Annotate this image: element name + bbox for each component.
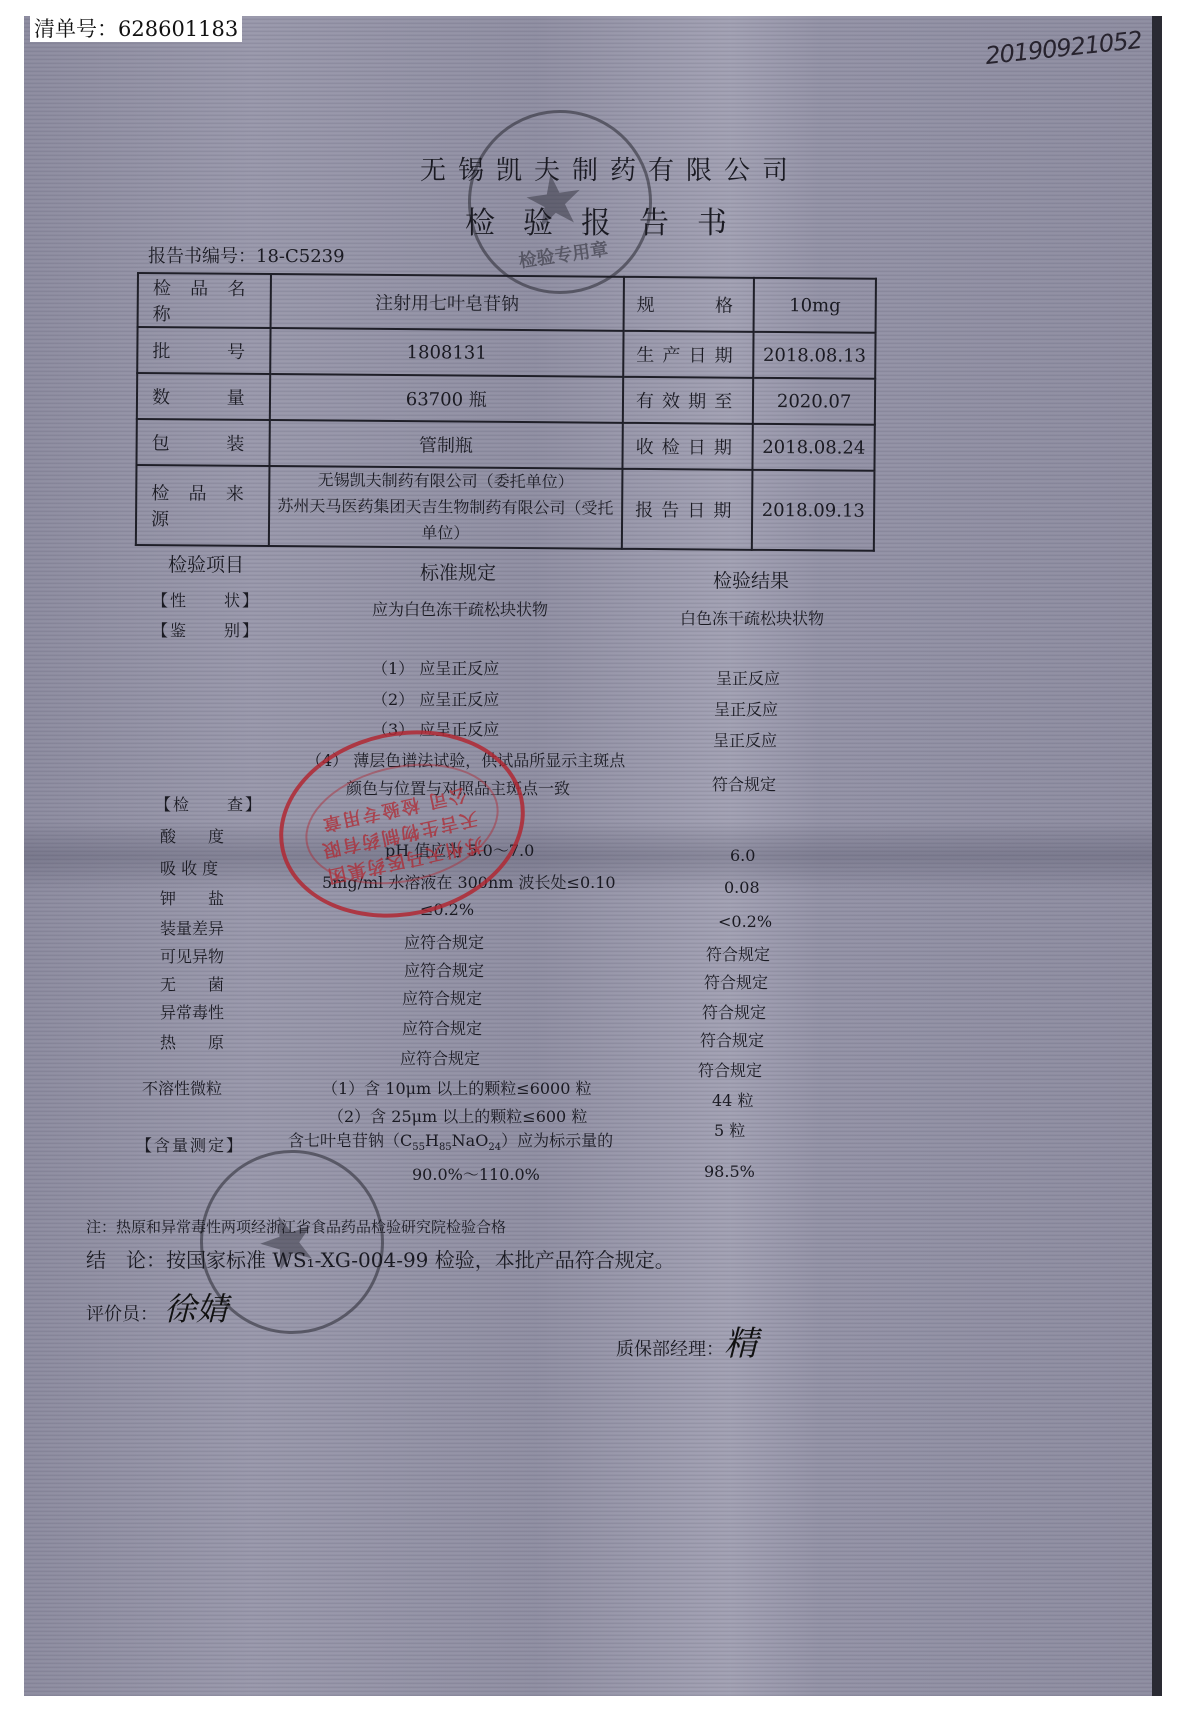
inspection-standard: （1）含 10μm 以上的颗粒≤6000 粒: [322, 1076, 592, 1099]
inspection-item: 可见异物: [160, 944, 224, 967]
evaluator-label: 评价员：: [86, 1304, 158, 1325]
ident-4-result: 符合规定: [712, 772, 776, 795]
value-batch: 1808131: [270, 328, 624, 377]
inspection-item: 不溶性微粒: [142, 1076, 222, 1099]
label-production-date: 生产日期: [623, 331, 754, 378]
ident-1-result: 呈正反应: [716, 666, 780, 689]
qa-manager: 质保部经理：精: [616, 1316, 758, 1365]
inspection-item: 无 菌: [160, 972, 224, 995]
formula-h: H: [425, 1131, 439, 1150]
formula-c-count: 55: [412, 1142, 425, 1153]
company-name: 无锡凯夫制药有限公司: [0, 150, 1200, 187]
table-row: 包装 管制瓶 收检日期 2018.08.24: [136, 419, 874, 471]
ident-2-standard: （2） 应呈正反应: [372, 687, 499, 710]
inspection-item: 异常毒性: [160, 1000, 224, 1023]
value-report-date: 2018.09.13: [752, 470, 874, 551]
ticket-number: 628601183: [118, 17, 238, 41]
manager-label: 质保部经理：: [616, 1339, 724, 1360]
inspection-item: 装量差异: [160, 916, 224, 939]
ticket-number-label: 清单号：628601183: [30, 16, 242, 42]
value-expiry: 2020.07: [753, 378, 875, 425]
label-quantity: 数量: [137, 373, 270, 420]
report-title: 检验报告书: [0, 198, 1200, 242]
header-standard: 标准规定: [420, 558, 496, 585]
label-received-date: 收检日期: [622, 423, 753, 470]
header-item: 检验项目: [168, 550, 244, 577]
assay-standard-prefix: 含七叶皂苷钠（C: [288, 1131, 412, 1150]
ticket-label: 清单号：: [34, 17, 118, 41]
inspection-result: 符合规定: [704, 970, 768, 993]
formula-h-count: 85: [439, 1142, 452, 1153]
table-row: 检品来源 无锡凯夫制药有限公司（委托单位） 苏州天马医药集团天吉生物制药有限公司…: [136, 465, 875, 551]
conclusion: 结 论：按国家标准 WS₁-XG-004-99 检验，本批产品符合规定。: [86, 1244, 675, 1273]
table-row: 批号 1808131 生产日期 2018.08.13: [137, 327, 875, 379]
footnote: 注：热原和异常毒性两项经浙江省食品药品检验研究院检验合格: [86, 1216, 506, 1237]
formula-o-count: 24: [488, 1142, 501, 1153]
inspection-standard: 应符合规定: [404, 958, 484, 981]
assay-standard: 含七叶皂苷钠（C55H85NaO24）应为标示量的: [288, 1128, 613, 1153]
value-source: 无锡凯夫制药有限公司（委托单位） 苏州天马医药集团天吉生物制药有限公司（受托单位…: [268, 466, 622, 549]
value-production-date: 2018.08.13: [754, 332, 876, 379]
inspection-result: 0.08: [724, 878, 760, 897]
conclusion-text: 按国家标准 WS₁-XG-004-99 检验，本批产品符合规定。: [166, 1248, 675, 1272]
ident-3-result: 呈正反应: [713, 728, 777, 751]
section-identification: 【鉴 别】: [152, 618, 260, 641]
report-number-value: 18-C5239: [256, 246, 345, 267]
inspection-result: 符合规定: [702, 1000, 766, 1023]
table-row: 数量 63700 瓶 有效期至 2020.07: [137, 373, 875, 425]
inspection-result: 符合规定: [700, 1028, 764, 1051]
source-line-1: 无锡凯夫制药有限公司（委托单位）: [276, 467, 616, 496]
manager-signature: 精: [724, 1324, 758, 1364]
report-number-label: 报告书编号：: [148, 246, 256, 267]
inspection-item: 热 原: [160, 1030, 224, 1053]
ident-1-standard: （1） 应呈正反应: [372, 656, 499, 679]
inspection-result: 44 粒: [712, 1088, 753, 1111]
conclusion-label: 结 论：: [86, 1248, 166, 1272]
label-expiry: 有效期至: [623, 377, 754, 424]
assay-result: 98.5%: [704, 1162, 755, 1181]
formula-nao: NaO: [452, 1131, 489, 1150]
evaluator: 评价员：徐婧: [86, 1284, 228, 1330]
label-packaging: 包装: [136, 419, 269, 466]
inspection-item: 酸 度: [160, 824, 224, 847]
ident-2-result: 呈正反应: [714, 697, 778, 720]
appearance-result: 白色冻干疏松块状物: [680, 606, 824, 629]
value-quantity: 63700 瓶: [269, 374, 623, 423]
source-line-2: 苏州天马医药集团天吉生物制药有限公司（受托单位）: [275, 493, 615, 548]
section-appearance: 【性 状】: [152, 588, 260, 611]
inspection-result: 6.0: [730, 846, 755, 865]
label-batch: 批号: [137, 327, 270, 374]
inspection-result: 符合规定: [698, 1058, 762, 1081]
value-received-date: 2018.08.24: [753, 424, 875, 471]
inspection-standard: （2）含 25μm 以上的颗粒≤600 粒: [328, 1104, 587, 1127]
value-sample-name: 注射用七叶皂苷钠: [270, 274, 624, 331]
value-spec: 10mg: [754, 278, 876, 333]
label-sample-name: 检品名称: [138, 273, 271, 328]
inspection-result: 5 粒: [714, 1118, 745, 1141]
sample-info-table: 检品名称 注射用七叶皂苷钠 规格 10mg 批号 1808131 生产日期 20…: [135, 272, 877, 552]
inspection-standard: 应符合规定: [400, 1046, 480, 1069]
assay-range: 90.0%～110.0%: [412, 1162, 540, 1185]
section-inspection: 【检 查】: [155, 792, 263, 815]
inspection-item: 吸 收 度: [160, 856, 218, 879]
inspection-standard: 应符合规定: [404, 930, 484, 953]
inspection-result: 符合规定: [706, 942, 770, 965]
assay-standard-suffix: ）应为标示量的: [501, 1131, 613, 1150]
inspection-standard: 应符合规定: [402, 986, 482, 1009]
value-packaging: 管制瓶: [269, 420, 623, 469]
inspection-standard: 应符合规定: [402, 1016, 482, 1039]
inspection-item: 钾 盐: [160, 886, 224, 909]
inspection-result: <0.2%: [718, 912, 772, 931]
evaluator-signature: 徐婧: [164, 1290, 228, 1328]
section-assay: 【含量测定】: [136, 1133, 244, 1156]
label-spec: 规格: [624, 277, 755, 332]
header-result: 检验结果: [713, 566, 789, 593]
label-report-date: 报告日期: [622, 469, 753, 550]
appearance-standard: 应为白色冻干疏松块状物: [372, 597, 548, 620]
label-source: 检品来源: [136, 465, 269, 546]
table-row: 检品名称 注射用七叶皂苷钠 规格 10mg: [138, 273, 876, 333]
report-number: 报告书编号：18-C5239: [148, 242, 345, 268]
